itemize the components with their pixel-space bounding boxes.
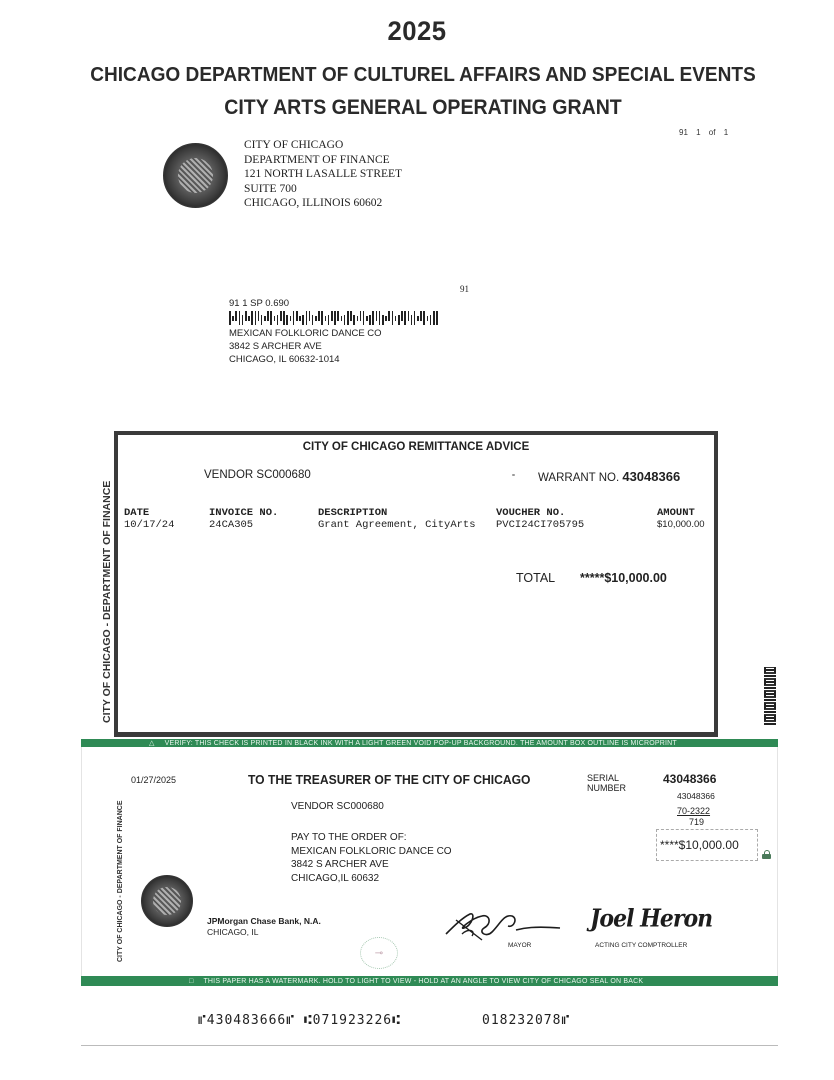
watermark-band: □ THIS PAPER HAS A WATERMARK. HOLD TO LI… xyxy=(81,976,778,986)
city-seal-icon xyxy=(163,143,228,208)
recipient-line: 3842 S ARCHER AVE xyxy=(229,340,438,353)
document-year: 2025 xyxy=(21,16,813,47)
lock-outline-icon: □ xyxy=(189,978,193,985)
postal-barcode-icon xyxy=(229,311,438,325)
bank-info: JPMorgan Chase Bank, N.A. CHICAGO, IL xyxy=(207,916,321,938)
column-header-voucher: VOUCHER NO. xyxy=(496,507,565,519)
verify-band: △ VERIFY: THIS CHECK IS PRINTED IN BLACK… xyxy=(81,739,778,747)
mailing-address-block: 91 1 SP 0.690 MEXICAN FOLKLORIC DANCE CO… xyxy=(229,297,438,366)
verify-band-text: VERIFY: THIS CHECK IS PRINTED IN BLACK I… xyxy=(165,740,677,747)
warrant-number: WARRANT NO. 43048366 xyxy=(538,469,680,484)
bank-name: JPMorgan Chase Bank, N.A. xyxy=(207,916,321,926)
check-amount: ****$10,000.00 xyxy=(660,838,739,852)
serial-number-small: 43048366 xyxy=(677,791,715,801)
scan-speck xyxy=(512,474,515,476)
routing-fraction-bottom: 719 xyxy=(689,817,704,827)
column-header-invoice: INVOICE NO. xyxy=(209,507,278,519)
pay-to-label: PAY TO THE ORDER OF: xyxy=(291,831,452,845)
check-edge xyxy=(777,747,778,977)
remittance-title: CITY OF CHICAGO REMITTANCE ADVICE xyxy=(114,441,718,453)
mayor-signature xyxy=(442,904,562,944)
city-seal-icon xyxy=(141,875,193,927)
serial-number: 43048366 xyxy=(663,772,716,786)
warrant-label: WARRANT NO. xyxy=(538,472,619,484)
remittance-side-text: CITY OF CHICAGO - DEPARTMENT OF FINANCE xyxy=(101,481,113,723)
row-date: 10/17/24 xyxy=(124,519,174,531)
row-description: Grant Agreement, CityArts xyxy=(318,519,476,531)
program-title: CITY ARTS GENERAL OPERATING GRANT xyxy=(30,96,817,120)
serial-label: SERIAL NUMBER xyxy=(587,774,626,793)
mayor-label: MAYOR xyxy=(508,942,531,949)
routing-fraction-top: 70-2322 xyxy=(677,806,710,816)
watermark-band-text: THIS PAPER HAS A WATERMARK. HOLD TO LIGH… xyxy=(203,978,643,985)
issuer-address-line: CHICAGO, ILLINOIS 60602 xyxy=(244,196,402,211)
row-voucher: PVCI24CI705795 xyxy=(496,519,584,531)
total-label: TOTAL xyxy=(516,571,555,585)
warning-triangle-icon: △ xyxy=(149,739,155,747)
payee-line: 3842 S ARCHER AVE xyxy=(291,858,452,872)
comptroller-signature: Joel Heron xyxy=(590,905,712,934)
issuer-address-line: SUITE 700 xyxy=(244,182,402,197)
table-row: 10/17/24 24CA305 Grant Agreement, CityAr… xyxy=(124,519,710,531)
check-amount-box: ****$10,000.00 xyxy=(656,829,758,861)
issuer-address-line: DEPARTMENT OF FINANCE xyxy=(244,153,402,168)
key-seal-icon: ⊸ xyxy=(360,937,398,969)
bottom-rule xyxy=(81,1045,778,1046)
padlock-icon xyxy=(762,850,771,859)
micr-check-routing: ⑈430483666⑈ ⑆071923226⑆ xyxy=(198,1013,401,1028)
column-header-amount: AMOUNT xyxy=(657,507,695,519)
total-value: *****$10,000.00 xyxy=(580,571,667,585)
column-header-date: DATE xyxy=(124,507,149,519)
page-indicator: 91 1 of 1 xyxy=(679,128,728,137)
recipient-line: MEXICAN FOLKLORIC DANCE CO xyxy=(229,327,438,340)
issuer-address: CITY OF CHICAGO DEPARTMENT OF FINANCE 12… xyxy=(244,138,402,211)
micr-account: 018232078⑈ xyxy=(482,1013,570,1028)
recipient-line: CHICAGO, IL 60632-1014 xyxy=(229,353,438,366)
side-barcode-icon xyxy=(764,667,776,725)
column-header-description: DESCRIPTION xyxy=(318,507,387,519)
payee-line: CHICAGO,IL 60632 xyxy=(291,872,452,886)
issuer-address-line: 121 NORTH LASALLE STREET xyxy=(244,167,402,182)
row-amount: $10,000.00 xyxy=(657,519,705,530)
check-date: 01/27/2025 xyxy=(131,775,176,785)
check-payer: TO THE TREASURER OF THE CITY OF CHICAGO xyxy=(248,773,530,787)
pay-to-block: PAY TO THE ORDER OF: MEXICAN FOLKLORIC D… xyxy=(291,831,452,885)
department-title: CHICAGO DEPARTMENT OF CULTUREL AFFAIRS A… xyxy=(30,63,817,87)
bank-city: CHICAGO, IL xyxy=(207,927,321,938)
check-edge xyxy=(81,747,82,977)
remittance-vendor: VENDOR SC000680 xyxy=(204,469,311,481)
warrant-value: 43048366 xyxy=(622,469,680,484)
remittance-table: DATE INVOICE NO. DESCRIPTION VOUCHER NO.… xyxy=(124,507,710,531)
mailing-code: 91 xyxy=(460,284,469,294)
row-invoice: 24CA305 xyxy=(209,519,253,531)
check-vendor: VENDOR SC000680 xyxy=(291,801,384,812)
table-header: DATE INVOICE NO. DESCRIPTION VOUCHER NO.… xyxy=(124,507,710,519)
check-side-text: CITY OF CHICAGO - DEPARTMENT OF FINANCE xyxy=(117,800,124,962)
sort-line: 91 1 SP 0.690 xyxy=(229,297,438,310)
issuer-address-line: CITY OF CHICAGO xyxy=(244,138,402,153)
payee-line: MEXICAN FOLKLORIC DANCE CO xyxy=(291,845,452,859)
comptroller-label: ACTING CITY COMPTROLLER xyxy=(595,942,687,949)
